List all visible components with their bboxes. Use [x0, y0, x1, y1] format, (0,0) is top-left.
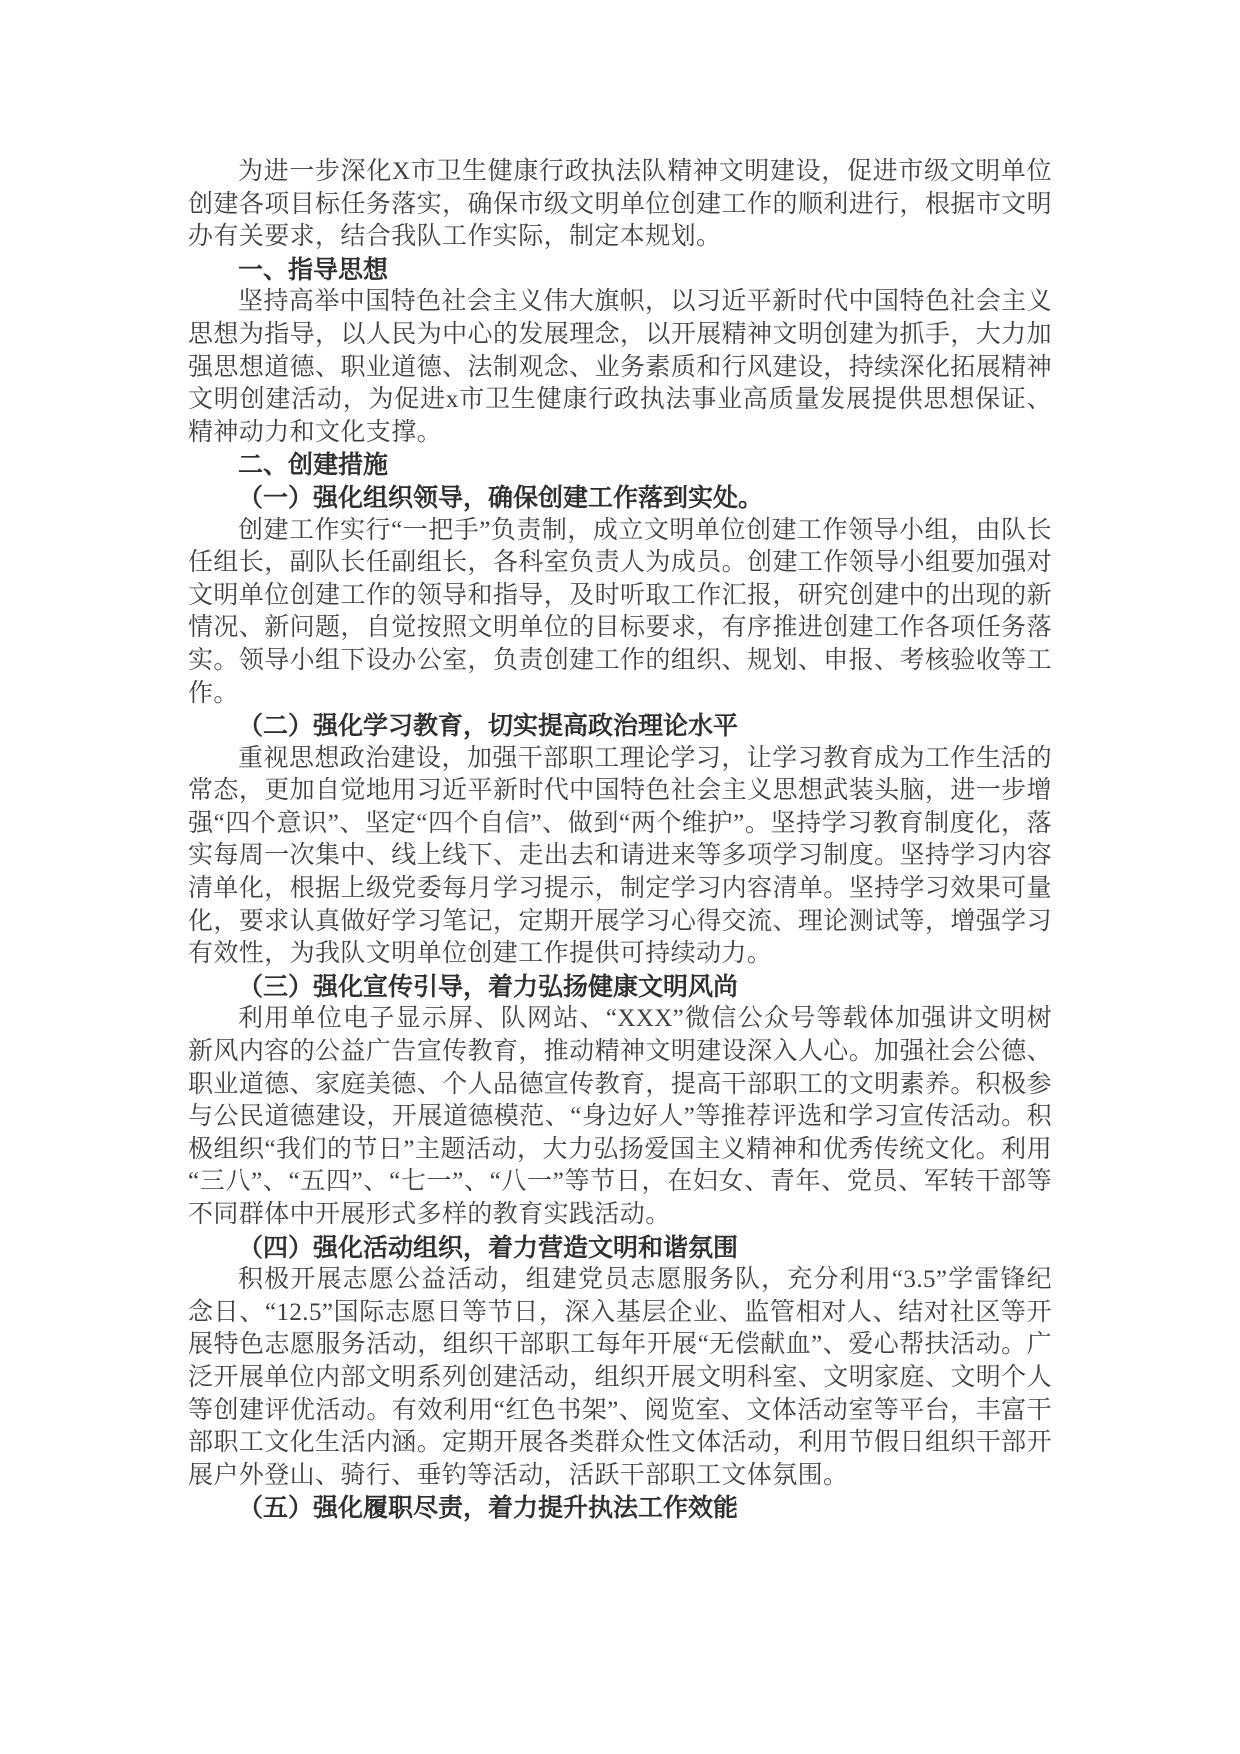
guiding-thought-paragraph: 坚持高举中国特色社会主义伟大旗帜，以习近平新时代中国特色社会主义思想为指导，以人…: [188, 286, 1052, 449]
document-page: 为进一步深化X市卫生健康行政执法队精神文明建设，促进市级文明单位创建各项目标任务…: [0, 0, 1240, 1754]
subsection-heading-1: （一）强化组织领导，确保创建工作落到实处。: [188, 482, 1052, 515]
activities-paragraph: 积极开展志愿公益活动，组建党员志愿服务队，充分利用“3.5”学雷锋纪念日、“12…: [188, 1264, 1052, 1492]
intro-paragraph: 为进一步深化X市卫生健康行政执法队精神文明建设，促进市级文明单位创建各项目标任务…: [188, 156, 1052, 254]
organization-paragraph: 创建工作实行“一把手”负责制，成立文明单位创建工作领导小组，由队长任组长，副队长…: [188, 515, 1052, 711]
document-body: 为进一步深化X市卫生健康行政执法队精神文明建设，促进市级文明单位创建各项目标任务…: [188, 156, 1052, 1525]
publicity-paragraph: 利用单位电子显示屏、队网站、“XXX”微信公众号等载体加强讲文明树新风内容的公益…: [188, 1003, 1052, 1231]
education-paragraph: 重视思想政治建设，加强干部职工理论学习，让学习教育成为工作生活的常态，更加自觉地…: [188, 743, 1052, 971]
subsection-heading-5: （五）强化履职尽责，着力提升执法工作效能: [188, 1492, 1052, 1525]
subsection-heading-3: （三）强化宣传引导，着力弘扬健康文明风尚: [188, 971, 1052, 1004]
subsection-heading-4: （四）强化活动组织，着力营造文明和谐氛围: [188, 1232, 1052, 1265]
subsection-heading-2: （二）强化学习教育，切实提高政治理论水平: [188, 710, 1052, 743]
section-heading-1: 一、指导思想: [188, 254, 1052, 287]
section-heading-2: 二、创建措施: [188, 449, 1052, 482]
